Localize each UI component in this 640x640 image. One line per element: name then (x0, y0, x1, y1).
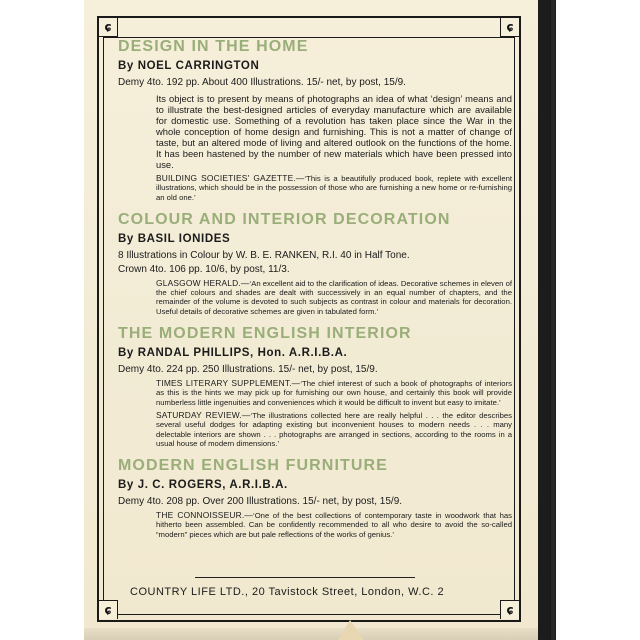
book-author: By RANDAL PHILLIPS, Hon. A.R.I.B.A. (118, 347, 514, 359)
publisher-mark-icon: ɕ (500, 18, 519, 37)
book-author: By NOEL CARRINGTON (118, 60, 514, 72)
book-description: Its object is to present by means of pho… (156, 93, 512, 170)
book-title: MODERN ENGLISH FURNITURE (118, 457, 514, 475)
book-listing-colour-and-interior-decoration: COLOUR AND INTERIOR DECORATION By BASIL … (118, 211, 514, 316)
page-bottom-edge (84, 628, 538, 640)
publisher-mark-icon: ɕ (99, 600, 118, 619)
press-review: BUILDING SOCIETIES' GAZETTE.—‘This is a … (156, 174, 512, 202)
book-listing-design-in-the-home: DESIGN IN THE HOME By NOEL CARRINGTON De… (118, 38, 514, 202)
review-source: THE CONNOISSEUR.— (156, 510, 253, 520)
review-source: TIMES LITERARY SUPPLEMENT.— (156, 378, 300, 388)
press-review: GLASGOW HERALD.—‘An excellent aid to the… (156, 279, 512, 316)
paper-tear (338, 620, 364, 640)
press-review: SATURDAY REVIEW.—‘The illustrations coll… (156, 411, 512, 448)
publisher-mark-icon: ɕ (99, 18, 118, 37)
book-author: By J. C. ROGERS, A.R.I.B.A. (118, 479, 514, 491)
spine-edge (551, 0, 555, 640)
review-source: BUILDING SOCIETIES' GAZETTE.— (156, 173, 304, 183)
footer-divider (195, 577, 415, 578)
book-specs-price: Crown 4to. 106 pp. 10/6, by post, 11/3. (118, 264, 514, 275)
book-title: DESIGN IN THE HOME (118, 38, 514, 56)
book-specs: Demy 4to. 192 pp. About 400 Illustration… (118, 77, 514, 88)
book-listing-modern-english-interior: THE MODERN ENGLISH INTERIOR By RANDAL PH… (118, 325, 514, 448)
book-specs: 8 Illustrations in Colour by W. B. E. RA… (118, 250, 514, 261)
review-source: GLASGOW HERALD.— (156, 278, 250, 288)
book-title: THE MODERN ENGLISH INTERIOR (118, 325, 514, 343)
book-title: COLOUR AND INTERIOR DECORATION (118, 211, 514, 229)
advert-content: DESIGN IN THE HOME By NOEL CARRINGTON De… (118, 38, 514, 548)
press-review: TIMES LITERARY SUPPLEMENT.—‘The chief in… (156, 379, 512, 407)
book-specs: Demy 4to. 224 pp. 250 Illustrations. 15/… (118, 364, 514, 375)
book-author: By BASIL IONIDES (118, 233, 514, 245)
review-source: SATURDAY REVIEW.— (156, 410, 251, 420)
publisher-mark-icon: ɕ (500, 600, 519, 619)
book-listing-modern-english-furniture: MODERN ENGLISH FURNITURE By J. C. ROGERS… (118, 457, 514, 539)
book-specs: Demy 4to. 208 pp. Over 200 Illustrations… (118, 496, 514, 507)
press-review: THE CONNOISSEUR.—‘One of the best collec… (156, 511, 512, 539)
publisher-address: COUNTRY LIFE LTD., 20 Tavistock Street, … (130, 586, 490, 598)
